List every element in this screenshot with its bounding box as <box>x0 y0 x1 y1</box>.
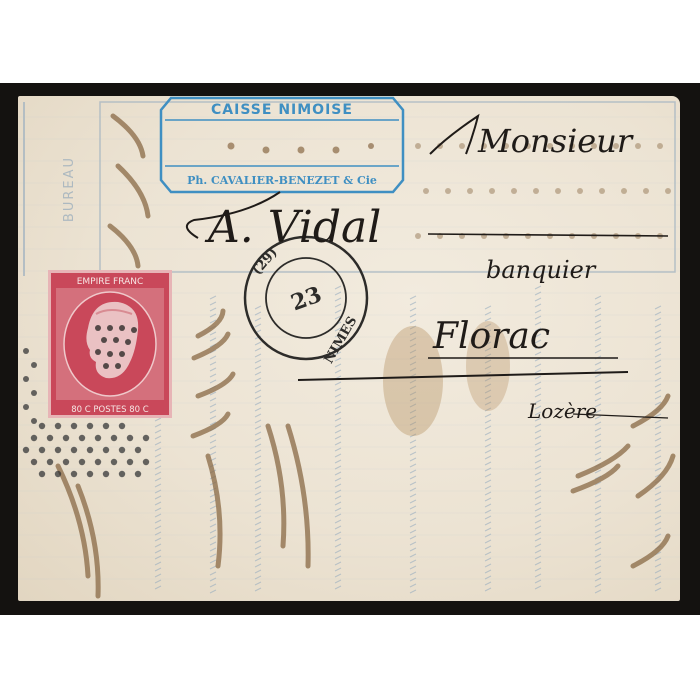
letter-cover: BUREAU CAISSE NIMOISE Ph. CAVALIER-BENEZ… <box>18 96 680 601</box>
svg-text:EMPIRE FRANC: EMPIRE FRANC <box>77 277 144 287</box>
svg-text:Ph. CAVALIER-BENEZET & Cie: Ph. CAVALIER-BENEZET & Cie <box>187 174 377 187</box>
svg-text:Florac: Florac <box>432 316 550 357</box>
svg-text:Monsieur: Monsieur <box>477 122 634 160</box>
svg-text:Lozère: Lozère <box>527 399 597 423</box>
svg-text:BUREAU: BUREAU <box>62 156 77 222</box>
svg-text:banquier: banquier <box>486 256 597 284</box>
svg-text:A. Vidal: A. Vidal <box>204 202 381 253</box>
svg-text:CAISSE NIMOISE: CAISSE NIMOISE <box>211 102 353 118</box>
cover-artwork: BUREAU CAISSE NIMOISE Ph. CAVALIER-BENEZ… <box>18 96 680 601</box>
postage-stamp: EMPIRE FRANC 80 C POSTES 80 C <box>48 270 172 418</box>
svg-text:80 C POSTES 80 C: 80 C POSTES 80 C <box>71 405 149 415</box>
